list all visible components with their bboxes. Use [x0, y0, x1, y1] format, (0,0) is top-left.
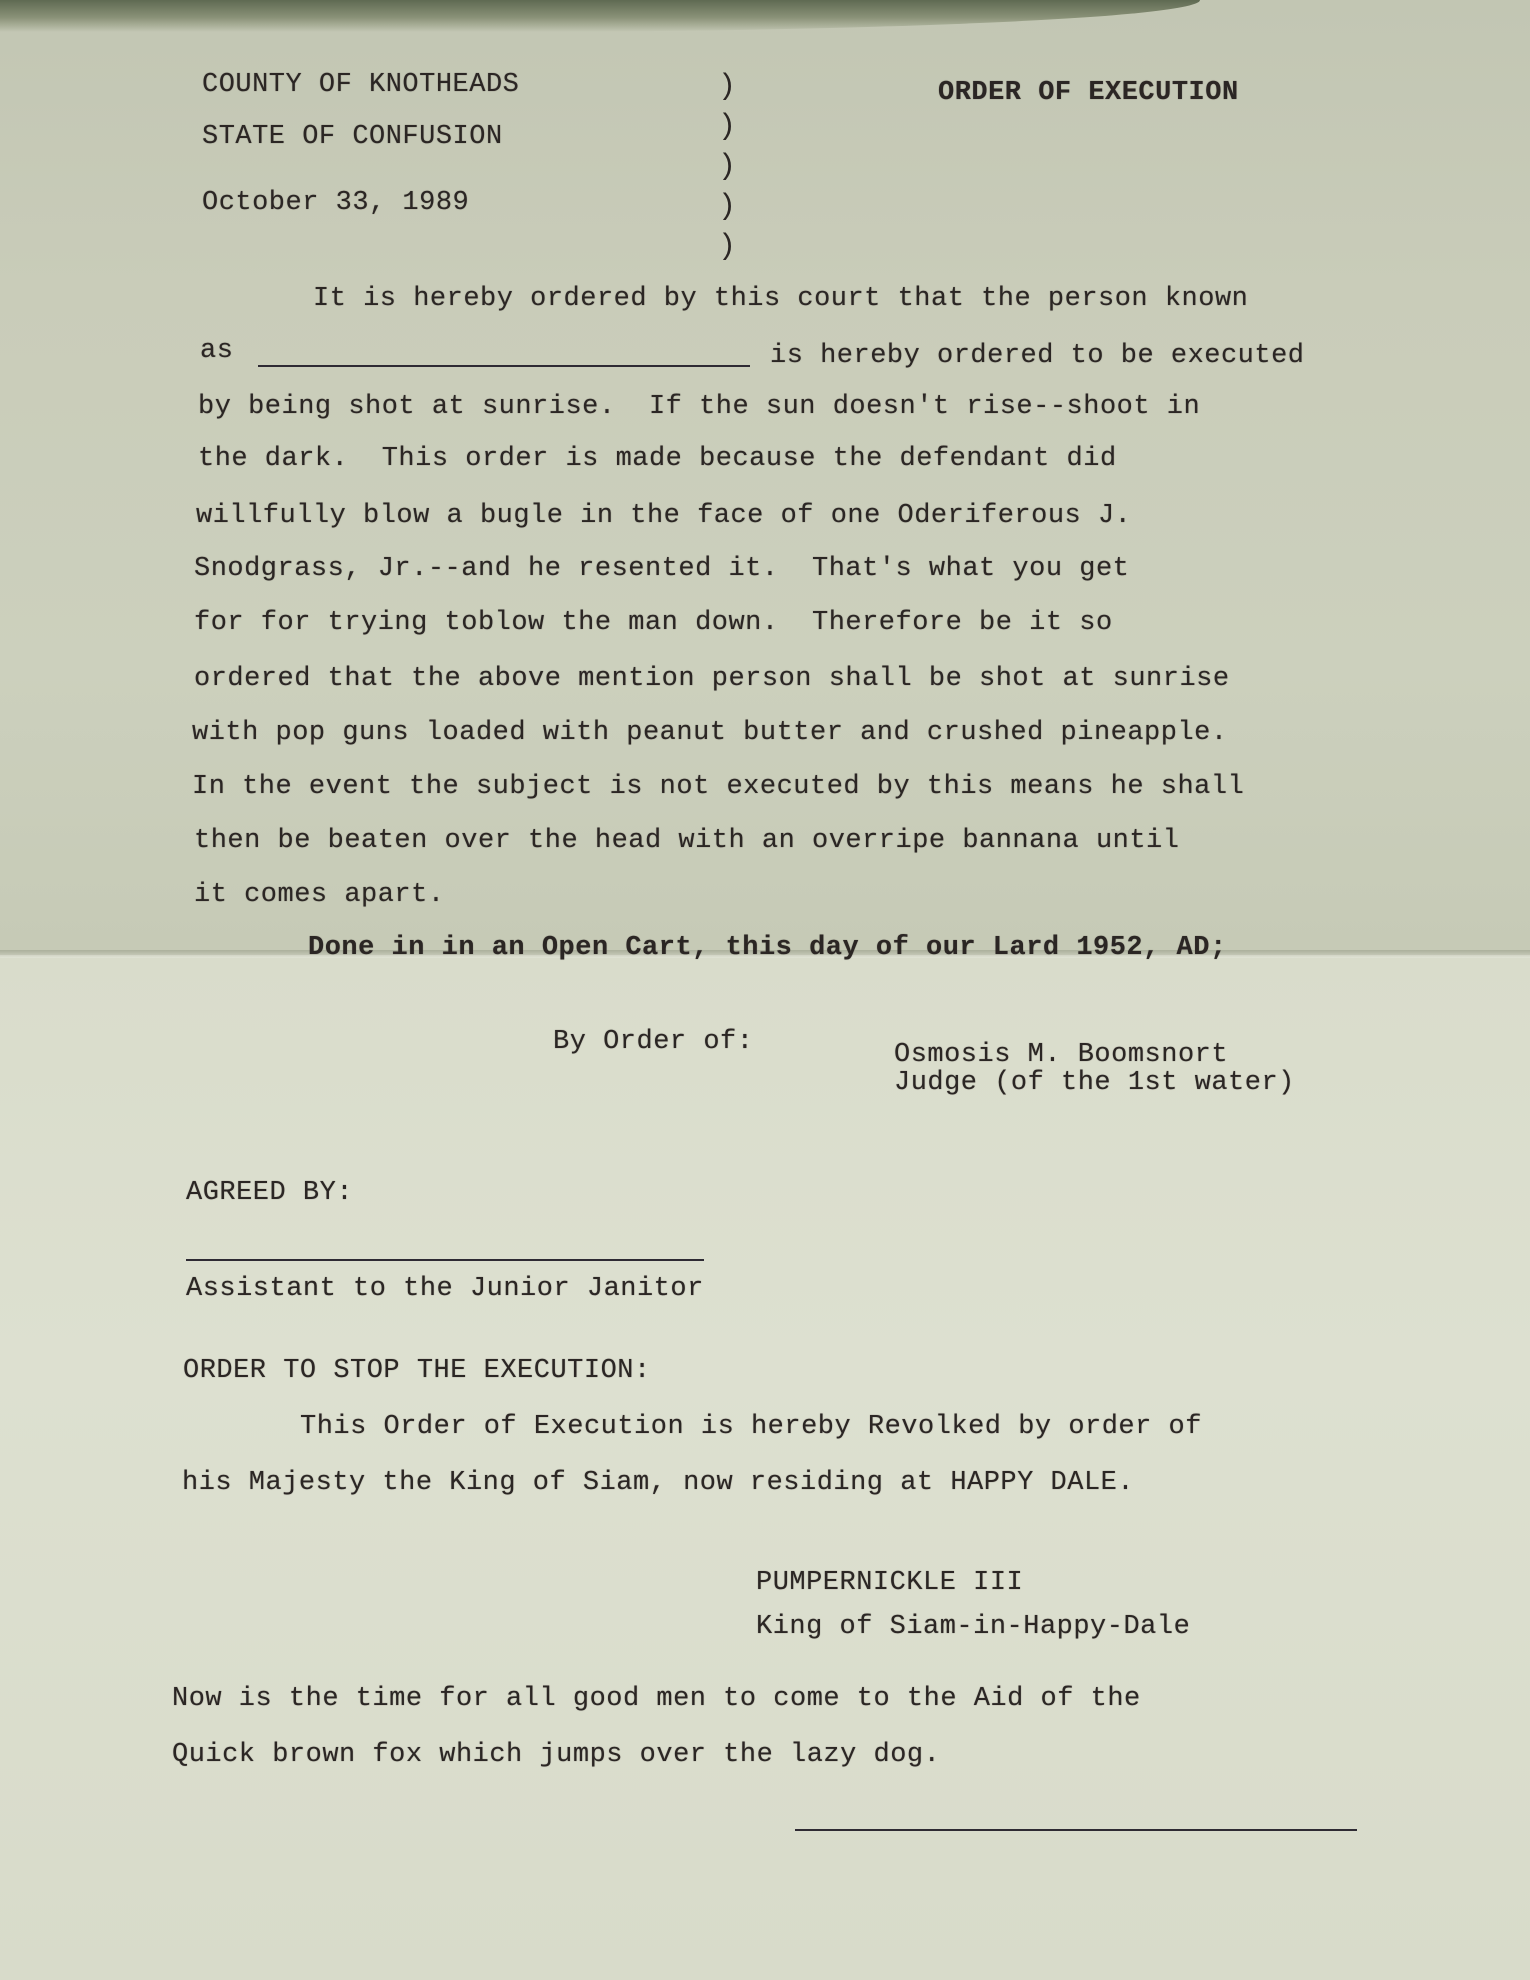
king-name: PUMPERNICKLE III — [756, 1570, 1023, 1597]
body-line-2-prefix: as — [200, 338, 233, 365]
state-line: STATE OF CONFUSION — [202, 124, 503, 151]
bracket-5: ) — [718, 230, 736, 264]
judge-name: Osmosis M. Boomsnort — [894, 1042, 1228, 1069]
typing-test-line-1: Now is the time for all good men to come… — [172, 1686, 1141, 1713]
body-line-9: with pop guns loaded with peanut butter … — [192, 720, 1228, 747]
bracket-3: ) — [718, 150, 736, 184]
agreed-signature-line[interactable] — [186, 1259, 704, 1261]
body-line-6: Snodgrass, Jr.--and he resented it. That… — [194, 556, 1129, 583]
stop-order-line-2: his Majesty the King of Siam, now residi… — [182, 1470, 1134, 1497]
stop-order-heading: ORDER TO STOP THE EXECUTION: — [183, 1358, 651, 1385]
stop-order-line-1: This Order of Execution is hereby Revolk… — [300, 1414, 1202, 1441]
body-line-10: In the event the subject is not executed… — [192, 774, 1244, 801]
condemned-name-blank[interactable] — [258, 365, 750, 367]
body-line-12: it comes apart. — [194, 882, 445, 909]
document-date: October 33, 1989 — [202, 190, 469, 217]
agreed-signer-title: Assistant to the Junior Janitor — [186, 1276, 704, 1303]
final-signature-line[interactable] — [795, 1829, 1357, 1831]
body-line-4: the dark. This order is made because the… — [198, 446, 1117, 473]
by-order-label: By Order of: — [553, 1029, 753, 1056]
county-line: COUNTY OF KNOTHEADS — [202, 72, 519, 99]
bracket-2: ) — [718, 110, 736, 144]
body-line-8: ordered that the above mention person sh… — [194, 666, 1230, 693]
body-line-5: willfully blow a bugle in the face of on… — [196, 503, 1131, 530]
document-title: ORDER OF EXECUTION — [938, 80, 1239, 107]
body-line-2-suffix: is hereby ordered to be executed — [770, 343, 1304, 370]
body-line-7: for for trying toblow the man down. Ther… — [194, 610, 1113, 637]
bracket-1: ) — [718, 70, 736, 104]
body-line-11: then be beaten over the head with an ove… — [194, 828, 1179, 855]
body-line-3: by being shot at sunrise. If the sun doe… — [198, 394, 1200, 421]
king-title: King of Siam-in-Happy-Dale — [756, 1614, 1190, 1641]
done-line: Done in in an Open Cart, this day of our… — [308, 935, 1227, 962]
body-line-1: It is hereby ordered by this court that … — [313, 286, 1248, 313]
agreed-by-label: AGREED BY: — [186, 1180, 353, 1207]
bracket-4: ) — [718, 190, 736, 224]
judge-title: Judge (of the 1st water) — [894, 1070, 1295, 1097]
typing-test-line-2: Quick brown fox which jumps over the laz… — [172, 1742, 940, 1769]
